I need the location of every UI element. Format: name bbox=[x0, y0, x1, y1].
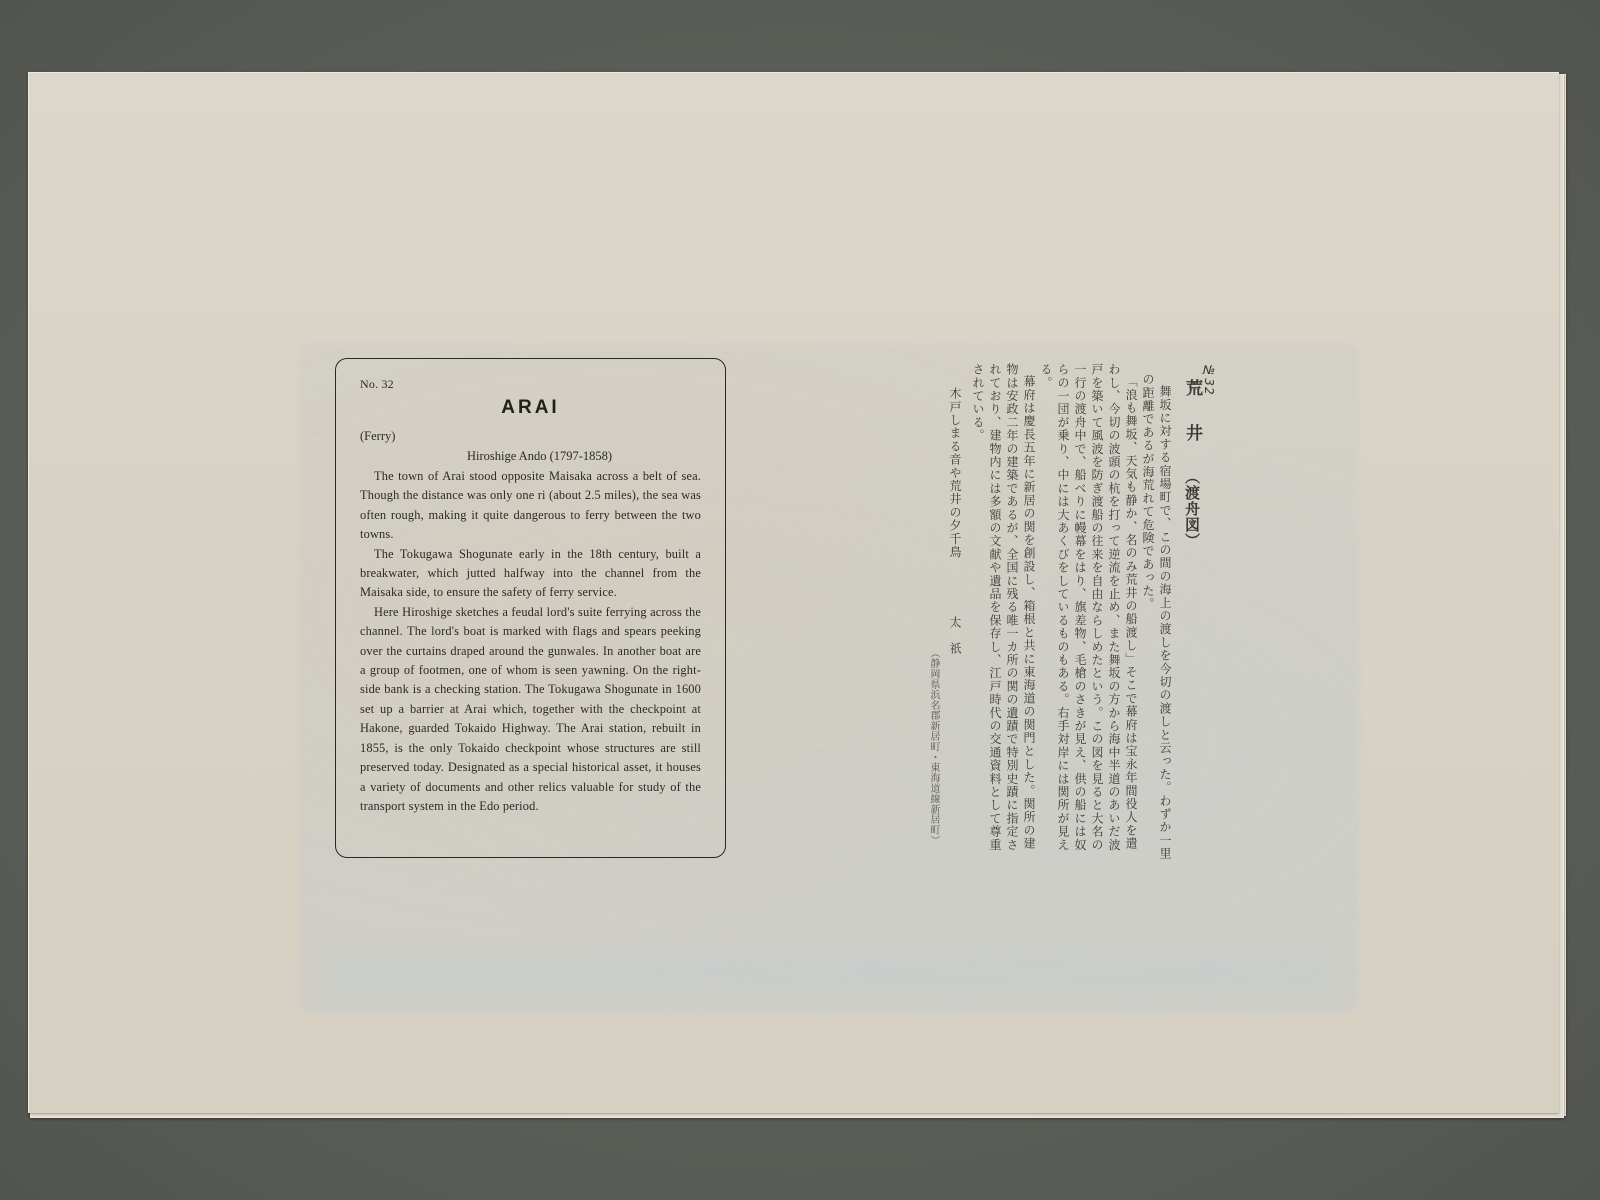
japanese-location: （静岡県浜名郡新居町・東海道線新居町） bbox=[925, 363, 942, 863]
caption-paragraph: Here Hiroshige sketches a feudal lord's … bbox=[360, 603, 701, 816]
japanese-title: 荒井 bbox=[1183, 379, 1200, 469]
japanese-haiku: 木戸しまる音や荒井の夕千鳥 太祇 bbox=[946, 387, 963, 863]
japanese-heading: №32 荒井（渡舟図） bbox=[1183, 363, 1217, 863]
print-title: ARAI bbox=[360, 397, 701, 423]
paper-sheet bbox=[28, 72, 1559, 1113]
japanese-paragraph: 舞坂に対する宿場町で、この間の海上の渡しを今切の渡しと云った。わずか一里の距離で… bbox=[1139, 373, 1173, 863]
english-caption-box: No. 32 ARAI (Ferry) Hiroshige Ando (1797… bbox=[335, 358, 726, 858]
caption-paragraph: The Tokugawa Shogunate early in the 18th… bbox=[360, 545, 701, 603]
artist-credit: Hiroshige Ando (1797-1858) bbox=[360, 449, 701, 467]
japanese-paragraph: 「浪も舞坂、天気も静か、名のみ荒井の船渡し」そこで幕府は宝永年間役人を遣わし、今… bbox=[1037, 363, 1139, 863]
japanese-caption: №32 荒井（渡舟図） 舞坂に対する宿場町で、この間の海上の渡しを今切の渡しと云… bbox=[925, 363, 1217, 863]
caption-paragraph: The town of Arai stood opposite Maisaka … bbox=[360, 467, 701, 545]
japanese-subtitle: （渡舟図） bbox=[1183, 469, 1201, 549]
japanese-paragraph: 幕府は慶長五年に新居の関を創設し、箱根と共に東海道の関門とした。関所の建物は安政… bbox=[969, 363, 1037, 863]
print-subtitle: (Ferry) bbox=[360, 429, 701, 447]
haiku-author: 太祇 bbox=[946, 616, 963, 668]
japanese-print-number: №32 bbox=[1200, 363, 1217, 393]
print-number: No. 32 bbox=[360, 377, 701, 395]
haiku-text: 木戸しまる音や荒井の夕千鳥 bbox=[948, 387, 962, 559]
